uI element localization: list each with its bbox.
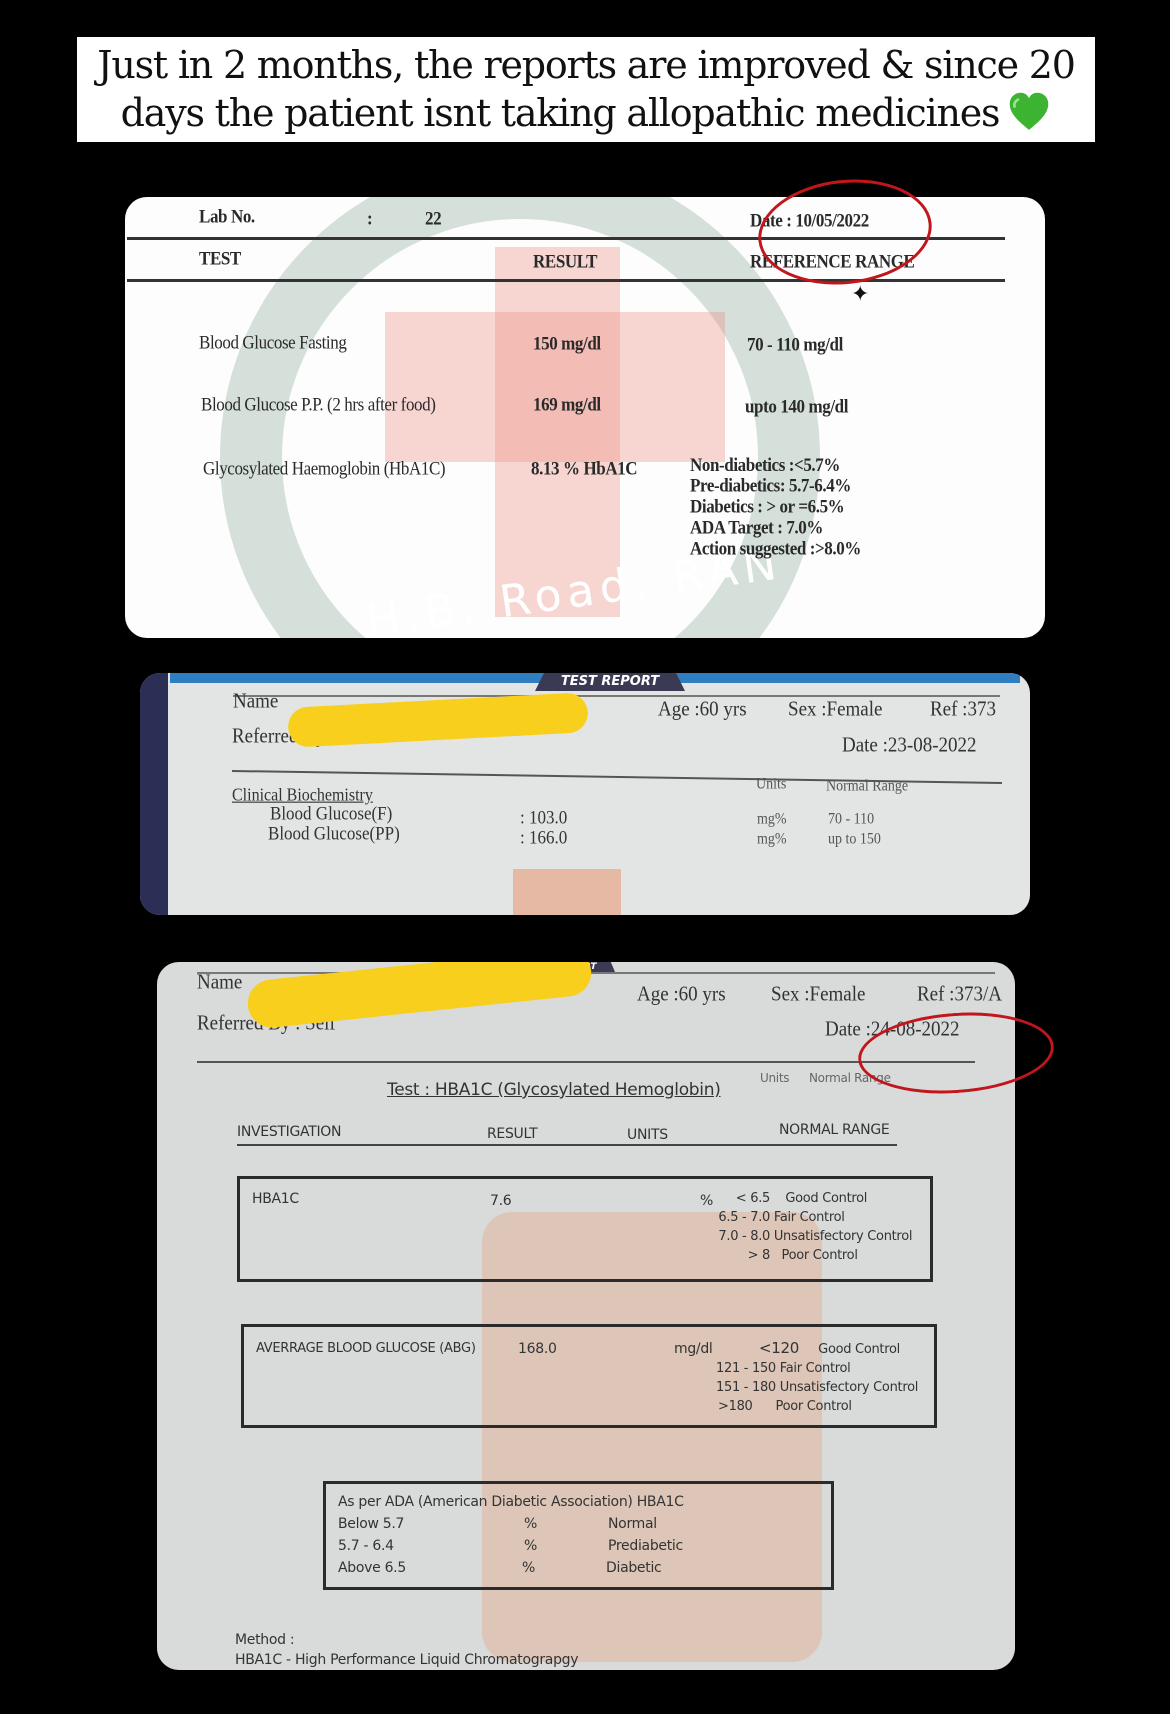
range-value: 7.0 - 8.0 (710, 1227, 770, 1246)
patient-sex: Sex :Female (788, 698, 882, 723)
test-result: 169 mg/dl (533, 394, 601, 416)
test-name: Blood Glucose P.P. (2 hrs after food) (201, 394, 436, 416)
range-value: < 6.5 (710, 1189, 770, 1208)
range-value: 121 - 150 (716, 1361, 776, 1376)
name-label: Name (197, 971, 242, 996)
range-row: > 8 Poor Control (710, 1246, 912, 1265)
header-units: UNITS (627, 1127, 668, 1143)
test-title: Test : HBA1C (Glycosylated Hemoglobin) (387, 1080, 721, 1100)
patient-age: Age :60 yrs (637, 983, 726, 1008)
watermark-logo (513, 869, 621, 915)
ada-title: As per ADA (American Diabetic Associatio… (338, 1494, 684, 1510)
patient-age: Age :60 yrs (658, 698, 747, 723)
lab-no-label: Lab No. (199, 206, 255, 228)
reference-number: Ref :373 (930, 698, 996, 723)
divider (237, 1144, 897, 1146)
range-row: < 6.5 Good Control (710, 1189, 912, 1208)
test-range: 70 - 110 (828, 811, 874, 829)
range-label: Fair Control (774, 1210, 845, 1225)
caption-line-1: Just in 2 months, the reports are improv… (77, 41, 1095, 89)
range-row: 7.0 - 8.0 Unsatisfectory Control (710, 1227, 912, 1246)
range-label: Unsatisfectory Control (780, 1380, 918, 1395)
ada-label: Normal (608, 1516, 657, 1532)
range-row: <120 Good Control (694, 1339, 918, 1359)
investigation-name: AVERRAGE BLOOD GLUCOSE (ABG) (256, 1341, 476, 1356)
ada-label: Prediabetic (608, 1538, 683, 1554)
header-result: RESULT (533, 251, 597, 273)
investigation-result: 168.0 (518, 1341, 557, 1357)
test-name: Glycosylated Haemoglobin (HbA1C) (203, 458, 445, 480)
patient-sex: Sex :Female (771, 983, 865, 1008)
reference-line: ADA Target : 7.0% (690, 517, 861, 538)
units-header-faint: Units (760, 1071, 789, 1085)
ada-unit: % (524, 1516, 537, 1532)
name-label: Name (233, 690, 278, 715)
lab-no-value: 22 (425, 208, 441, 230)
range-label: Poor Control (776, 1399, 852, 1414)
method-label: Method : (235, 1632, 294, 1648)
range-list: < 6.5 Good Control 6.5 - 7.0 Fair Contro… (710, 1189, 912, 1265)
range-value: > 8 (710, 1246, 770, 1265)
test-reference: Non-diabetics :<5.7% Pre-diabetics: 5.7-… (690, 454, 861, 559)
range-row: 121 - 150 Fair Control (694, 1359, 918, 1378)
range-label: Good Control (818, 1342, 900, 1357)
range-value: 6.5 - 7.0 (710, 1208, 770, 1227)
investigation-name: HBA1C (252, 1191, 299, 1207)
test-range: up to 150 (828, 831, 881, 849)
abg-result-box: AVERRAGE BLOOD GLUCOSE (ABG) 168.0 mg/dl… (241, 1324, 937, 1428)
reference-number: Ref :373/A (917, 983, 1002, 1008)
ada-range: 5.7 - 6.4 (338, 1538, 394, 1554)
ada-guidelines-box: As per ADA (American Diabetic Associatio… (323, 1481, 834, 1590)
range-row: >180 Poor Control (694, 1397, 918, 1416)
caption-line-2: days the patient isnt taking allopathic … (77, 89, 1095, 137)
ada-unit: % (522, 1560, 535, 1576)
reference-line: Action suggested :>8.0% (690, 538, 861, 559)
test-reference: upto 140 mg/dl (745, 396, 848, 418)
header-result: RESULT (487, 1126, 537, 1142)
hba1c-result-box: HBA1C 7.6 % < 6.5 Good Control 6.5 - 7.0… (237, 1176, 933, 1282)
green-heart-icon (1007, 90, 1051, 134)
test-report-banner: TEST REPORT (535, 673, 685, 691)
method-value: HBA1C - High Performance Liquid Chromato… (235, 1652, 578, 1668)
lab-no-separator: : (367, 208, 372, 230)
test-reference: 70 - 110 mg/dl (747, 334, 843, 356)
header-test: TEST (199, 248, 241, 270)
lab-report-aug-23: TEST REPORT Name Referred By : Self Age … (140, 673, 1030, 915)
range-label: Fair Control (780, 1361, 851, 1376)
test-result: 150 mg/dl (533, 333, 601, 355)
range-row: 151 - 180 Unsatisfectory Control (694, 1378, 918, 1397)
investigation-result: 7.6 (490, 1193, 511, 1209)
test-result: : 166.0 (520, 827, 567, 849)
range-value: 151 - 180 (716, 1380, 776, 1395)
range-header: Normal Range (826, 778, 908, 796)
test-units: mg% (757, 811, 787, 829)
reference-line: Non-diabetics :<5.7% (690, 454, 861, 475)
report-date: Date :23-08-2022 (842, 734, 977, 759)
caption-banner: Just in 2 months, the reports are improv… (77, 37, 1095, 142)
ada-range: Below 5.7 (338, 1516, 404, 1532)
header-investigation: INVESTIGATION (237, 1124, 341, 1140)
ada-range: Above 6.5 (338, 1560, 406, 1576)
range-label: Unsatisfectory Control (774, 1229, 912, 1244)
paper-edge (140, 673, 168, 915)
test-name: Blood Glucose Fasting (199, 332, 346, 354)
ada-label: Diabetic (606, 1560, 661, 1576)
range-row: 6.5 - 7.0 Fair Control (710, 1208, 912, 1227)
redaction-mark (287, 692, 589, 748)
range-list: <120 Good Control 121 - 150 Fair Control… (694, 1339, 918, 1416)
reference-line: Pre-diabetics: 5.7-6.4% (690, 475, 861, 496)
header-range: NORMAL RANGE (779, 1122, 889, 1138)
sparkle-icon: ✦ (851, 281, 869, 307)
test-result: 8.13 % HbA1C (531, 458, 637, 480)
range-label: Poor Control (782, 1248, 858, 1263)
test-units: mg% (757, 831, 787, 849)
units-header: Units (756, 776, 786, 794)
range-value: >180 (718, 1399, 753, 1414)
range-value: <120 (759, 1339, 799, 1357)
ada-unit: % (524, 1538, 537, 1554)
divider (233, 695, 1000, 697)
test-name: Blood Glucose(PP) (268, 823, 400, 845)
reference-line: Diabetics : > or =6.5% (690, 496, 861, 517)
range-label: Good Control (785, 1191, 867, 1206)
